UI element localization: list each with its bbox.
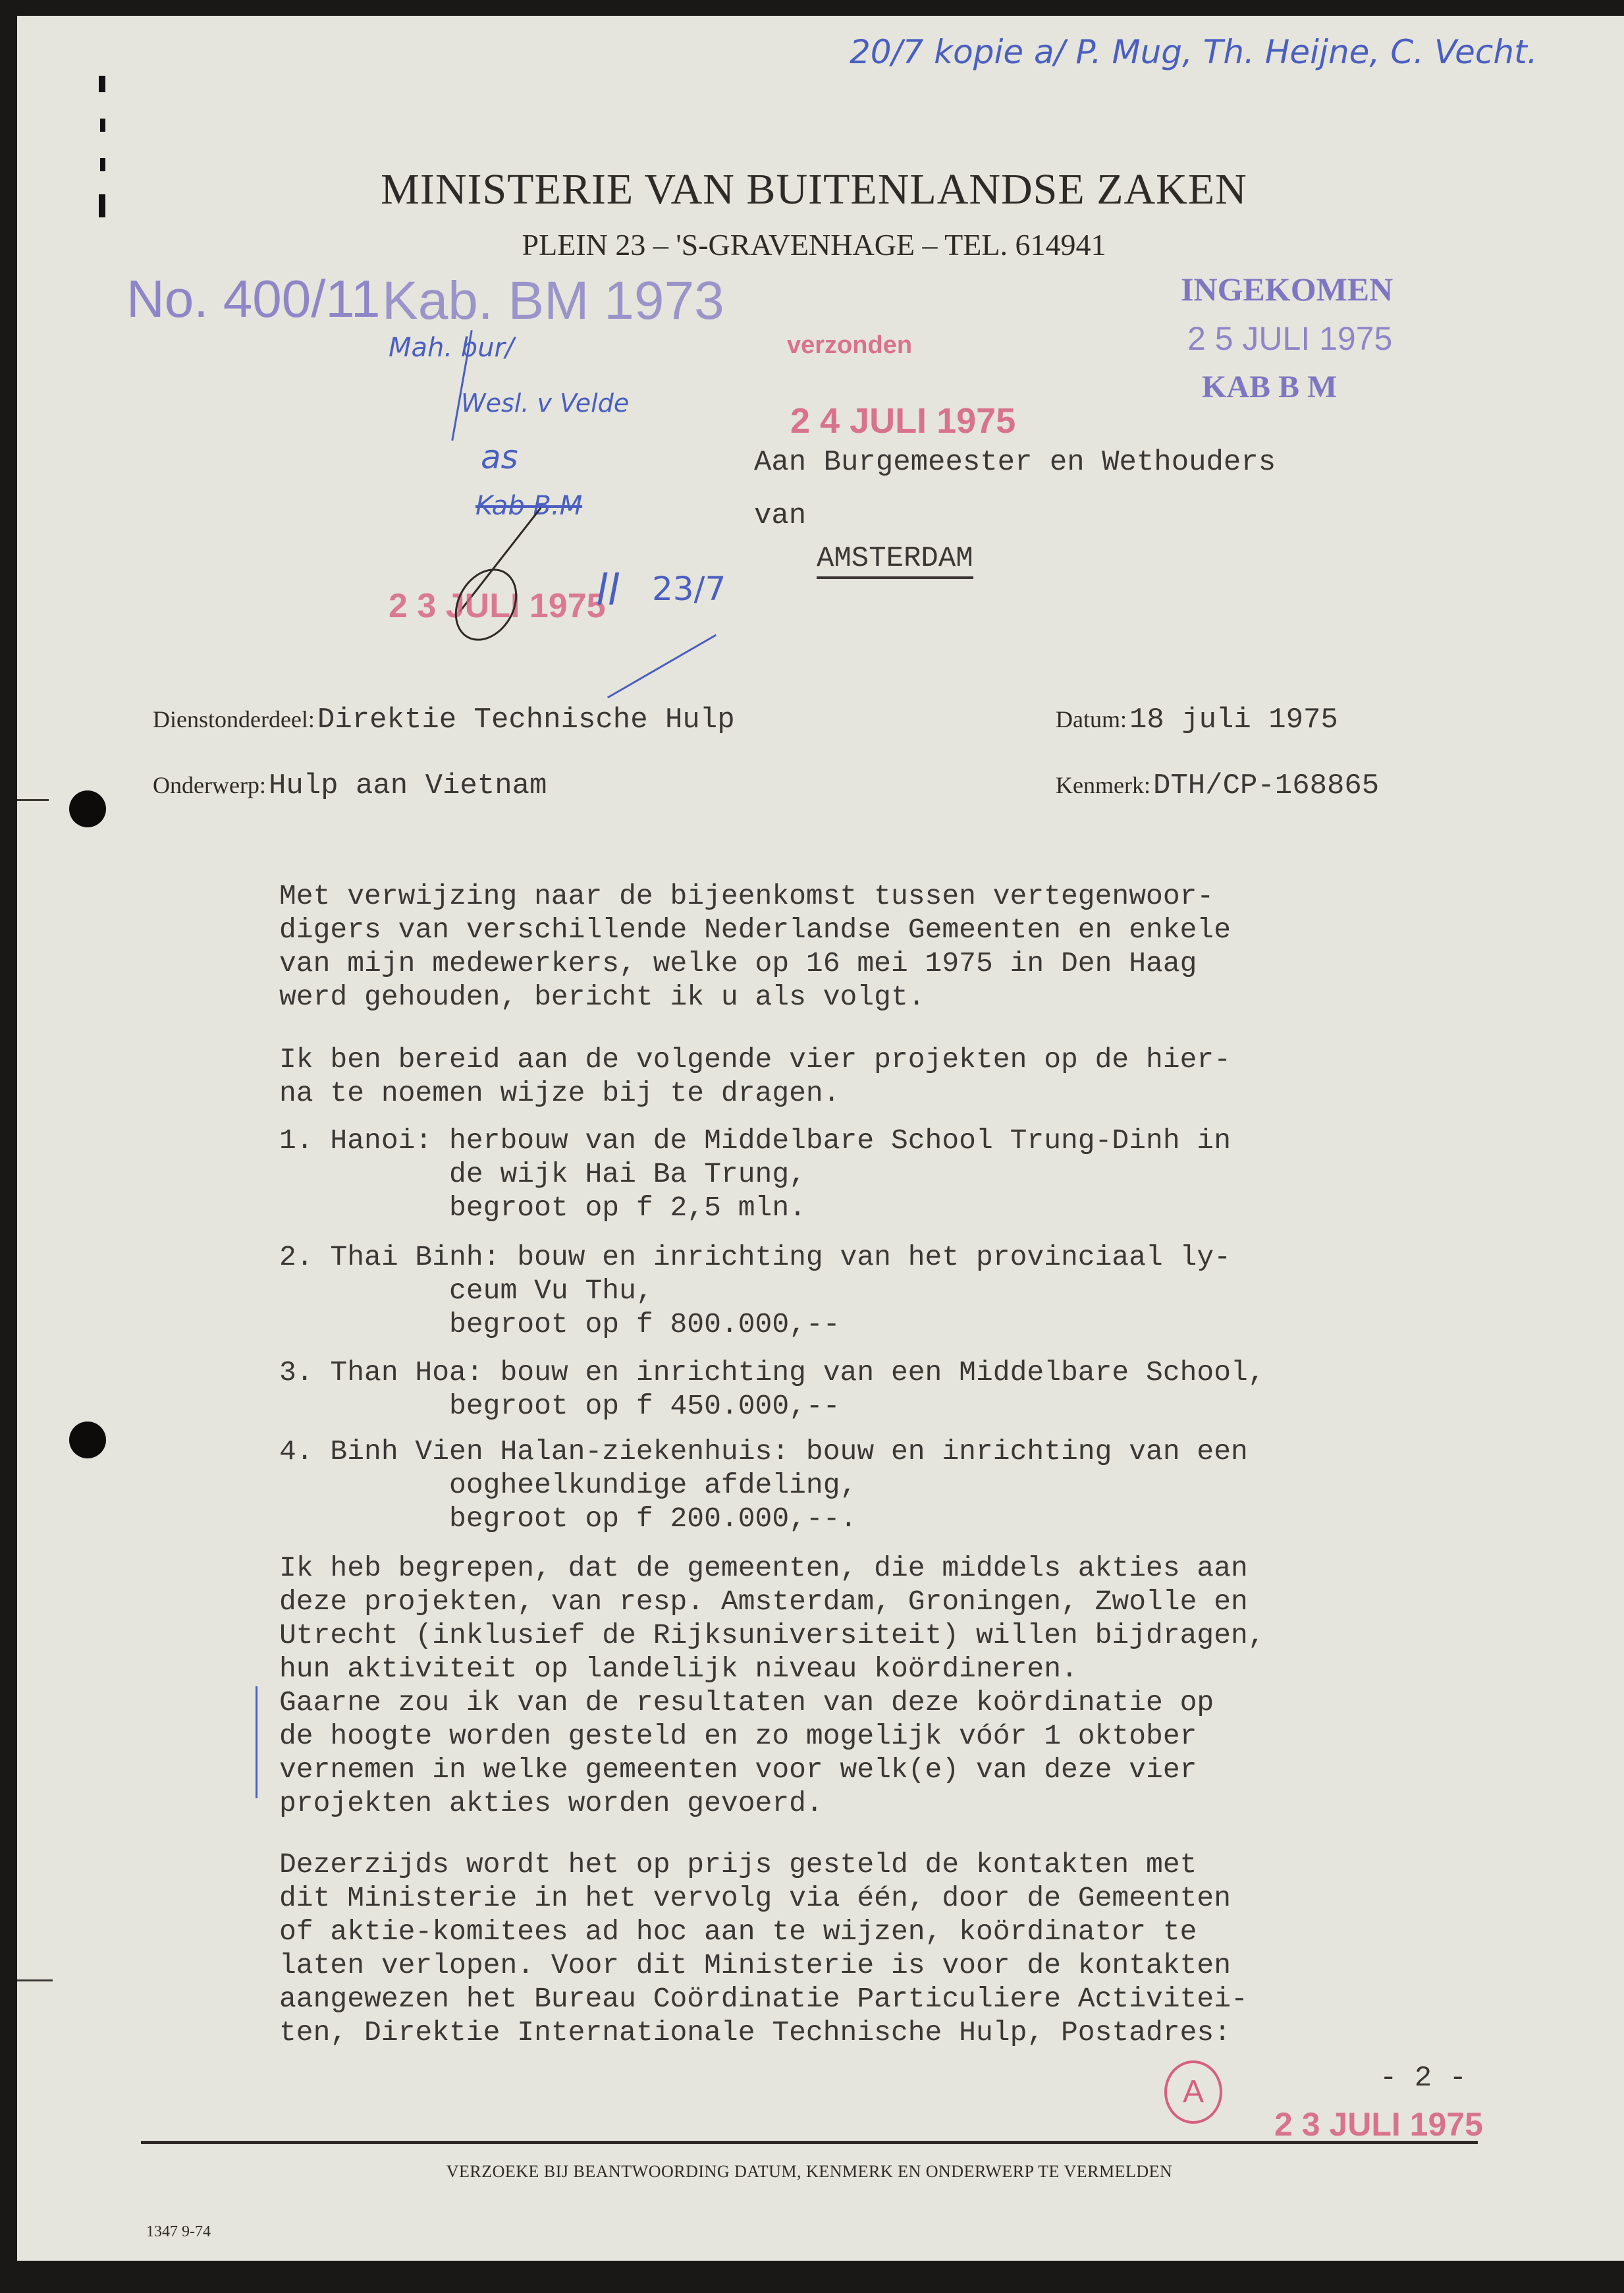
onderwerp-label: Onderwerp: bbox=[153, 772, 266, 798]
kenmerk-value: DTH/CP-168865 bbox=[1153, 769, 1379, 802]
punch-hole bbox=[69, 1422, 106, 1458]
ministry-address: PLEIN 23 – 'S-GRAVENHAGE – TEL. 614941 bbox=[346, 227, 1282, 262]
staple-mark bbox=[99, 194, 105, 217]
a-circle-stamp: A bbox=[1164, 2060, 1222, 2124]
project-item: 2. Thai Binh: bouw en inrichting van het… bbox=[279, 1240, 1231, 1341]
date-stamp-bottom: 2 3 JULI 1975 bbox=[1274, 2105, 1483, 2143]
body-paragraph: Met verwijzing naar de bijeenkomst tusse… bbox=[279, 879, 1231, 1014]
form-code: 1347 9-74 bbox=[146, 2223, 211, 2241]
handwritten-crossed-note: Kab B.M bbox=[475, 491, 582, 521]
staple-mark bbox=[100, 119, 105, 132]
meta-datum: Datum: 18 juli 1975 bbox=[1056, 704, 1338, 736]
ingekomen-stamp-date: 2 5 JULI 1975 bbox=[1187, 319, 1392, 358]
addressee-line: Aan Burgemeester en Wethouders bbox=[754, 446, 1276, 479]
dienstonderdeel-value: Direktie Technische Hulp bbox=[317, 704, 735, 736]
fold-mark bbox=[17, 1979, 53, 1981]
staple-mark bbox=[99, 76, 105, 92]
meta-onderwerp: Onderwerp: Hulp aan Vietnam bbox=[153, 769, 547, 802]
project-item: 4. Binh Vien Halan-ziekenhuis: bouw en i… bbox=[279, 1435, 1248, 1535]
project-item: 3. Than Hoa: bouw en inrichting van een … bbox=[279, 1356, 1265, 1423]
kenmerk-label: Kenmerk: bbox=[1056, 772, 1150, 798]
body-paragraph: Ik ben bereid aan de volgende vier proje… bbox=[279, 1043, 1231, 1110]
ingekomen-stamp-label: INGEKOMEN bbox=[1181, 270, 1393, 308]
handwritten-note: as bbox=[481, 438, 518, 476]
handwritten-note: Mah. bur/ bbox=[389, 333, 514, 363]
addressee-city: AMSTERDAM bbox=[817, 542, 973, 579]
meta-kenmerk: Kenmerk: DTH/CP-168865 bbox=[1056, 769, 1379, 802]
footer-note: VERZOEKE BIJ BEANTWOORDING DATUM, KENMER… bbox=[141, 2162, 1478, 2182]
fold-mark bbox=[17, 799, 49, 801]
ingekomen-stamp-dept: KAB B M bbox=[1202, 369, 1337, 405]
dienstonderdeel-label: Dienstonderdeel: bbox=[153, 706, 315, 732]
handwritten-initials: ll bbox=[596, 566, 620, 615]
meta-dienstonderdeel: Dienstonderdeel: Direktie Technische Hul… bbox=[153, 704, 735, 736]
onderwerp-value: Hulp aan Vietnam bbox=[269, 769, 547, 802]
ministry-title: MINISTERIE VAN BUITENLANDSE ZAKEN bbox=[346, 165, 1282, 215]
handwritten-note: Wesl. v Velde bbox=[461, 389, 629, 418]
verzonden-stamp-date: 2 4 JULI 1975 bbox=[790, 401, 1015, 441]
body-paragraph: Ik heb begrepen, dat de gemeenten, die m… bbox=[279, 1551, 1265, 1820]
registration-number: No. 400/11 bbox=[126, 269, 380, 329]
page-number: - 2 - bbox=[1380, 2062, 1467, 2095]
margin-mark bbox=[256, 1686, 257, 1798]
punch-hole bbox=[69, 790, 106, 827]
body-paragraph: Dezerzijds wordt het op prijs gesteld de… bbox=[279, 1848, 1248, 2049]
handwritten-copy-note: 20/7 kopie a/ P. Mug, Th. Heijne, C. Vec… bbox=[850, 33, 1538, 71]
verzonden-stamp-label: verzonden bbox=[787, 331, 912, 360]
addressee-van: van bbox=[754, 499, 806, 532]
staple-mark bbox=[100, 158, 105, 171]
footer-rule bbox=[141, 2141, 1478, 2144]
datum-value: 18 juli 1975 bbox=[1129, 704, 1338, 736]
handwritten-date: 23/7 bbox=[652, 570, 726, 608]
kab-bm-stamp: Kab. BM 1973 bbox=[382, 270, 724, 332]
datum-label: Datum: bbox=[1056, 706, 1127, 732]
project-item: 1. Hanoi: herbouw van de Middelbare Scho… bbox=[279, 1124, 1231, 1225]
